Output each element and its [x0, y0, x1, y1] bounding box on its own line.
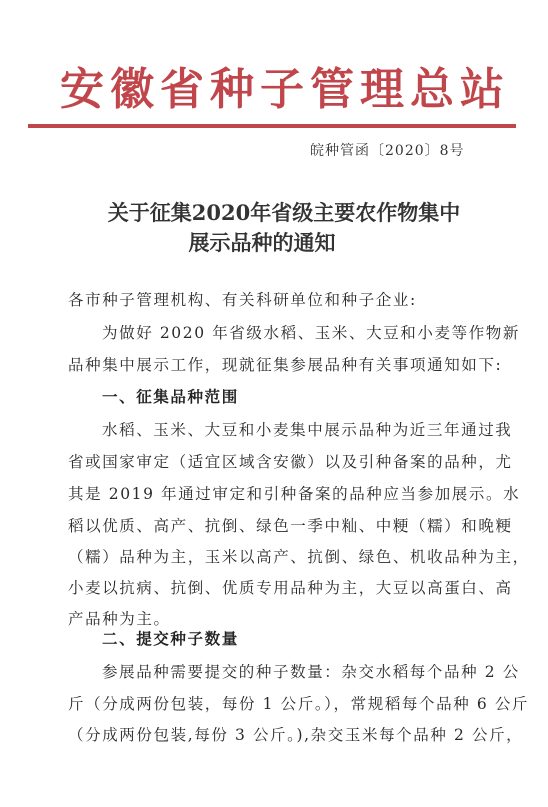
section-heading-2: 二、提交种子数量 — [102, 623, 239, 655]
intro-line-1: 为做好 2020 年省级水稻、玉米、大豆和小麦等作物新 — [102, 317, 520, 349]
section-1-line-5: （糯）品种为主，玉米以高产、抗倒、绿色、机收品种为主， — [68, 541, 530, 573]
section-1-line-4: 稻以优质、高产、抗倒、绿色一季中籼、中粳（糯）和晚粳 — [68, 510, 513, 542]
section-2-line-3: （分成两份包装,每份 3 公斤。),杂交玉米每个品种 2 公斤， — [68, 719, 523, 751]
document-number: 皖种管函〔2020〕8号 — [310, 140, 465, 162]
section-1-line-2: 省或国家审定（适宜区域含安徽）以及引种备案的品种，尤 — [68, 446, 513, 478]
section-1-line-6: 小麦以抗病、抗倒、优质专用品种为主，大豆以高蛋白、高 — [68, 572, 513, 604]
salutation: 各市种子管理机构、有关科研单位和种子企业: — [68, 284, 417, 316]
section-heading-1: 一、征集品种范围 — [102, 381, 239, 413]
document-title-line-1: 关于征集2020年省级主要农作物集中 — [10, 198, 548, 228]
section-2-line-1: 参展品种需要提交的种子数量：杂交水稻每个品种 2 公 — [102, 656, 520, 688]
section-1-line-3: 其是 2019 年通过审定和引种备案的品种应当参加展示。水 — [68, 478, 520, 510]
org-letterhead-title: 安徽省种子管理总站 — [60, 62, 470, 118]
letterhead-red-rule — [28, 124, 516, 128]
section-2-line-2: 斤（分成两份包装，每份 1 公斤。），常规稻每个品种 6 公斤 — [68, 688, 529, 720]
intro-line-2: 品种集中展示工作，现就征集参展品种有关事项通知如下: — [68, 349, 502, 381]
section-1-line-1: 水稻、玉米、大豆和小麦集中展示品种为近三年通过我 — [102, 414, 512, 446]
document-title-line-2: 展示品种的通知 — [0, 228, 536, 258]
